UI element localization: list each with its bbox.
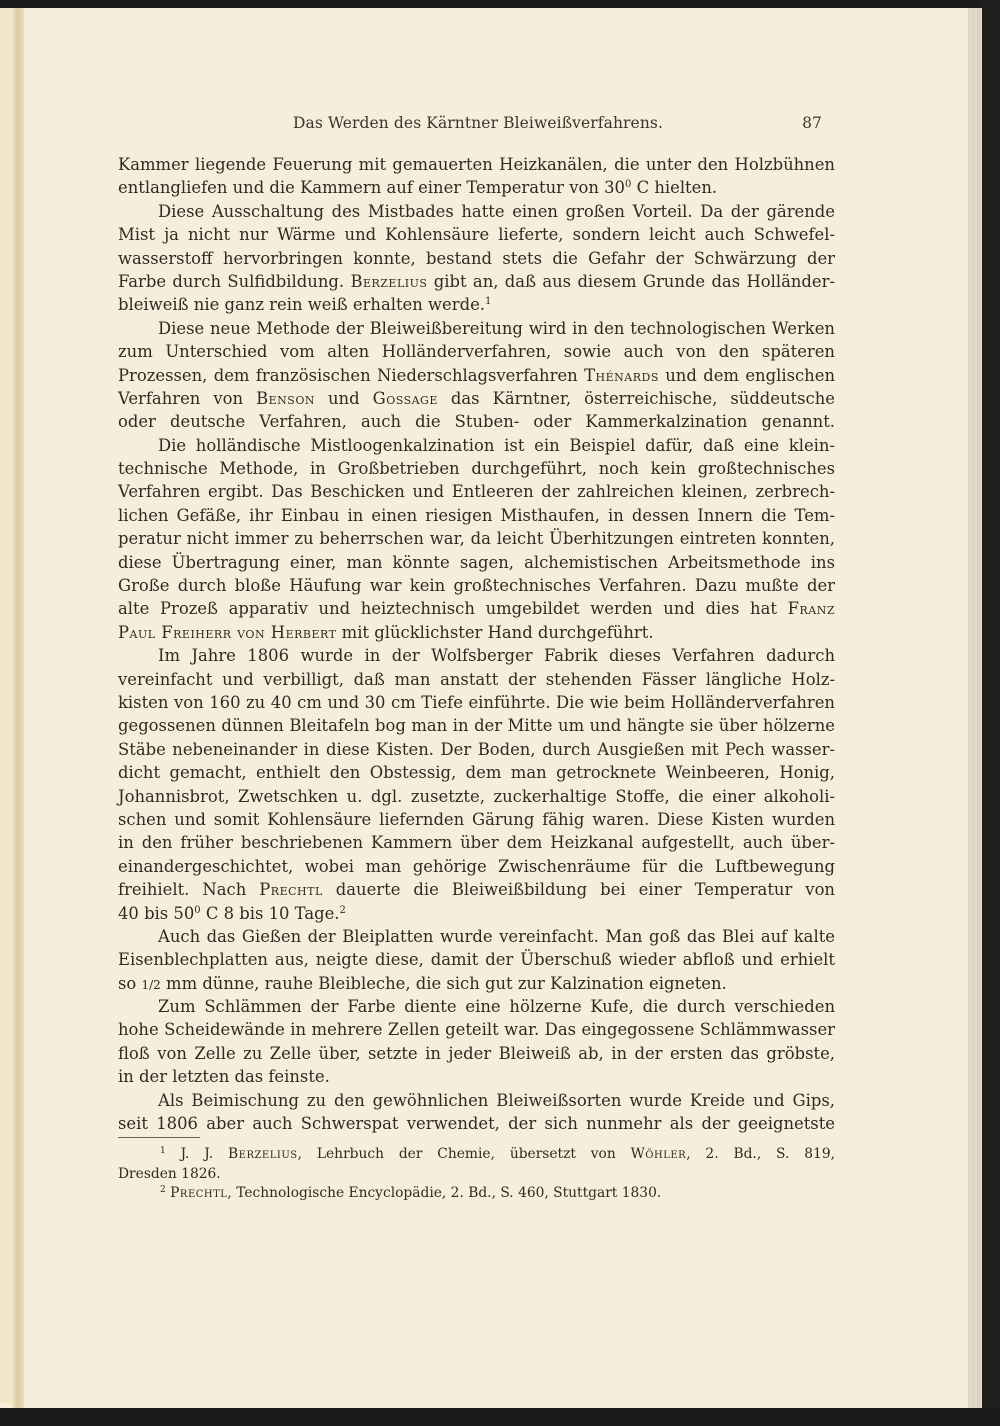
- text-line: seit 1806 aber auch Schwerspat verwendet…: [118, 1112, 835, 1135]
- text-line: Verfahren ergibt. Das Beschicken und Ent…: [118, 480, 835, 503]
- text-run: zum Unterschied vom alten Holländerverfa…: [118, 342, 835, 361]
- text-run: bleiweiß nie ganz rein weiß erhalten wer…: [118, 295, 485, 314]
- running-head: Das Werden des Kärntner Bleiweißverfahre…: [118, 114, 822, 136]
- small-caps-name: Berzelius: [228, 1146, 298, 1162]
- text-run: in den früher beschriebenen Kammern über…: [118, 833, 835, 852]
- text-line: Große durch bloße Häufung war kein großt…: [118, 574, 835, 597]
- text-line: dicht gemacht, enthielt den Obstessig, d…: [118, 761, 835, 784]
- text-run: , Lehrbuch der Chemie, übersetzt von: [298, 1146, 631, 1162]
- text-run: Verfahren ergibt. Das Beschicken und Ent…: [118, 482, 835, 501]
- text-run: Farbe durch Sulfidbildung.: [118, 272, 350, 291]
- small-caps-name: Prechtl: [170, 1185, 227, 1201]
- text-line: Prozessen, dem französischen Niederschla…: [118, 364, 835, 387]
- text-run: Verfahren von: [118, 389, 256, 408]
- text-line: Eisenblechplatten aus, neigte diese, dam…: [118, 948, 835, 971]
- text-line: technische Methode, in Großbetrieben dur…: [118, 457, 835, 480]
- text-run: , 2. Bd., S. 819,: [686, 1146, 835, 1162]
- scan-background-right: [982, 0, 1000, 1426]
- text-line: Johannisbrot, Zwetschken u. dgl. zusetzt…: [118, 785, 835, 808]
- gutter-shadow: [12, 8, 24, 1408]
- text-line: so 1/2 mm dünne, rauhe Bleibleche, die s…: [118, 972, 835, 995]
- body-text: Kammer liegende Feuerung mit gemauerten …: [118, 153, 835, 1135]
- text-line: entlangliefen und die Kammern auf einer …: [118, 176, 835, 199]
- text-line: einandergeschichtet, wobei man gehörige …: [118, 855, 835, 878]
- text-line: peratur nicht immer zu beherrschen war, …: [118, 527, 835, 550]
- text-run: Große durch bloße Häufung war kein großt…: [118, 576, 835, 595]
- text-run: mm dünne, rauhe Bleibleche, die sich gut…: [161, 974, 727, 993]
- fraction: 1/2: [142, 978, 161, 992]
- superscript: 2: [160, 1185, 166, 1195]
- text-run: gegossenen dünnen Bleitafeln bog man in …: [118, 716, 835, 735]
- text-line: Diese neue Methode der Bleiweißbereitung…: [118, 317, 835, 340]
- text-line: bleiweiß nie ganz rein weiß erhalten wer…: [118, 293, 835, 316]
- page-stack-edges: [968, 8, 982, 1408]
- text-run: Johannisbrot, Zwetschken u. dgl. zusetzt…: [118, 787, 835, 806]
- text-line: Zum Schlämmen der Farbe diente eine hölz…: [118, 995, 835, 1018]
- text-run: und: [315, 389, 373, 408]
- text-run: Eisenblechplatten aus, neigte diese, dam…: [118, 950, 835, 969]
- text-run: kisten von 160 zu 40 cm und 30 cm Tiefe …: [118, 693, 835, 712]
- text-line: vereinfacht und verbilligt, daß man anst…: [118, 668, 835, 691]
- text-run: Die holländische Mistloogenkalzination i…: [158, 436, 835, 455]
- text-run: oder deutsche Verfahren, auch die Stuben…: [118, 412, 835, 431]
- text-run: freihielt. Nach: [118, 880, 259, 899]
- footnote-rule: [118, 1137, 200, 1138]
- text-run: dauerte die Bleiweißbildung bei einer Te…: [323, 880, 835, 899]
- text-line: kisten von 160 zu 40 cm und 30 cm Tiefe …: [118, 691, 835, 714]
- text-run: J. J.: [166, 1146, 228, 1162]
- small-caps-name: Franz: [788, 599, 835, 618]
- footnote-line: 2 Prechtl, Technologische Encyclopädie, …: [118, 1184, 835, 1204]
- text-run: C hielten.: [631, 178, 717, 197]
- text-run: C 8 bis 10 Tage.: [201, 904, 340, 923]
- small-caps-name: Wöhler: [631, 1146, 687, 1162]
- page-number: 87: [802, 114, 822, 132]
- text-run: Kammer liegende Feuerung mit gemauerten …: [118, 155, 835, 174]
- text-run: technische Methode, in Großbetrieben dur…: [118, 459, 835, 478]
- text-line: lichen Gefäße, ihr Einbau in einen riesi…: [118, 504, 835, 527]
- text-run: Prozessen, dem französischen Niederschla…: [118, 366, 584, 385]
- text-run: schen und somit Kohlensäure liefernden G…: [118, 810, 835, 829]
- text-run: so: [118, 974, 142, 993]
- text-run: floß von Zelle zu Zelle über, setzte in …: [118, 1044, 835, 1063]
- text-line: Mist ja nicht nur Wärme und Kohlensäure …: [118, 223, 835, 246]
- superscript: 2: [340, 905, 346, 916]
- scan-background-bottom: [0, 1408, 1000, 1426]
- text-run: Im Jahre 1806 wurde in der Wolfsberger F…: [158, 646, 835, 665]
- text-line: 40 bis 500 C 8 bis 10 Tage.2: [118, 902, 835, 925]
- text-line: diese Übertragung einer, man könnte sage…: [118, 551, 835, 574]
- text-run: hohe Scheidewände in mehrere Zellen gete…: [118, 1020, 835, 1039]
- text-run: dicht gemacht, enthielt den Obstessig, d…: [118, 763, 835, 782]
- superscript: 1: [485, 296, 491, 307]
- text-run: Als Beimischung zu den gewöhnlichen Blei…: [158, 1091, 835, 1110]
- text-line: Im Jahre 1806 wurde in der Wolfsberger F…: [118, 644, 835, 667]
- text-run: seit 1806 aber auch Schwerspat verwendet…: [118, 1114, 835, 1133]
- text-line: in den früher beschriebenen Kammern über…: [118, 831, 835, 854]
- text-line: Kammer liegende Feuerung mit gemauerten …: [118, 153, 835, 176]
- text-line: zum Unterschied vom alten Holländerverfa…: [118, 340, 835, 363]
- text-run: entlangliefen und die Kammern auf einer …: [118, 178, 625, 197]
- text-run: alte Prozeß apparativ und heiztechnisch …: [118, 599, 788, 618]
- text-line: hohe Scheidewände in mehrere Zellen gete…: [118, 1018, 835, 1041]
- footnotes: 1 J. J. Berzelius, Lehrbuch der Chemie, …: [118, 1145, 835, 1204]
- text-line: wasserstoff hervorbringen konnte, bestan…: [118, 247, 835, 270]
- text-line: oder deutsche Verfahren, auch die Stuben…: [118, 410, 835, 433]
- text-line: Farbe durch Sulfidbildung. Berzelius gib…: [118, 270, 835, 293]
- text-run: 40 bis 50: [118, 904, 194, 923]
- text-line: in der letzten das feinste.: [118, 1065, 835, 1088]
- small-caps-name: Paul Freiherr von Herbert: [118, 623, 336, 642]
- text-run: peratur nicht immer zu beherrschen war, …: [118, 529, 835, 548]
- text-run: mit glücklichster Hand durchgeführt.: [336, 623, 653, 642]
- text-line: freihielt. Nach Prechtl dauerte die Blei…: [118, 878, 835, 901]
- running-head-title: Das Werden des Kärntner Bleiweißverfahre…: [118, 114, 822, 132]
- text-run: in der letzten das feinste.: [118, 1067, 330, 1086]
- text-run: Diese Ausschaltung des Mistbades hatte e…: [158, 202, 835, 221]
- small-caps-name: Benson: [256, 389, 315, 408]
- text-run: gibt an, daß aus diesem Grunde das Hollä…: [427, 272, 835, 291]
- text-line: alte Prozeß apparativ und heiztechnisch …: [118, 597, 835, 620]
- footnote-line: Dresden 1826.: [118, 1165, 835, 1185]
- text-run: Dresden 1826.: [118, 1166, 221, 1182]
- text-run: Stäbe nebeneinander in diese Kisten. Der…: [118, 740, 835, 759]
- text-line: Die holländische Mistloogenkalzination i…: [118, 434, 835, 457]
- small-caps-name: Gossage: [373, 389, 438, 408]
- text-run: Diese neue Methode der Bleiweißbereitung…: [158, 319, 835, 338]
- text-line: gegossenen dünnen Bleitafeln bog man in …: [118, 714, 835, 737]
- text-line: Auch das Gießen der Bleiplatten wurde ve…: [118, 925, 835, 948]
- text-run: einandergeschichtet, wobei man gehörige …: [118, 857, 835, 876]
- text-run: und dem englischen: [659, 366, 835, 385]
- small-caps-name: Thénards: [584, 366, 659, 385]
- text-line: Verfahren von Benson und Gossage das Kär…: [118, 387, 835, 410]
- text-run: diese Übertragung einer, man könnte sage…: [118, 553, 835, 572]
- text-run: wasserstoff hervorbringen konnte, bestan…: [118, 249, 835, 268]
- text-run: Zum Schlämmen der Farbe diente eine hölz…: [158, 997, 835, 1016]
- text-run: lichen Gefäße, ihr Einbau in einen riesi…: [118, 506, 835, 525]
- text-line: Diese Ausschaltung des Mistbades hatte e…: [118, 200, 835, 223]
- small-caps-name: Berzelius: [350, 272, 427, 291]
- text-run: das Kärntner, österreichische, süddeutsc…: [438, 389, 835, 408]
- text-run: Auch das Gießen der Bleiplatten wurde ve…: [158, 927, 835, 946]
- text-line: schen und somit Kohlensäure liefernden G…: [118, 808, 835, 831]
- text-line: Als Beimischung zu den gewöhnlichen Blei…: [118, 1089, 835, 1112]
- text-run: Mist ja nicht nur Wärme und Kohlensäure …: [118, 225, 835, 244]
- small-caps-name: Prechtl: [259, 880, 323, 899]
- text-line: Paul Freiherr von Herbert mit glücklichs…: [118, 621, 835, 644]
- text-line: Stäbe nebeneinander in diese Kisten. Der…: [118, 738, 835, 761]
- text-run: , Technologische Encyclopädie, 2. Bd., S…: [227, 1185, 661, 1201]
- text-line: floß von Zelle zu Zelle über, setzte in …: [118, 1042, 835, 1065]
- text-run: vereinfacht und verbilligt, daß man anst…: [118, 670, 835, 689]
- footnote-line: 1 J. J. Berzelius, Lehrbuch der Chemie, …: [118, 1145, 835, 1165]
